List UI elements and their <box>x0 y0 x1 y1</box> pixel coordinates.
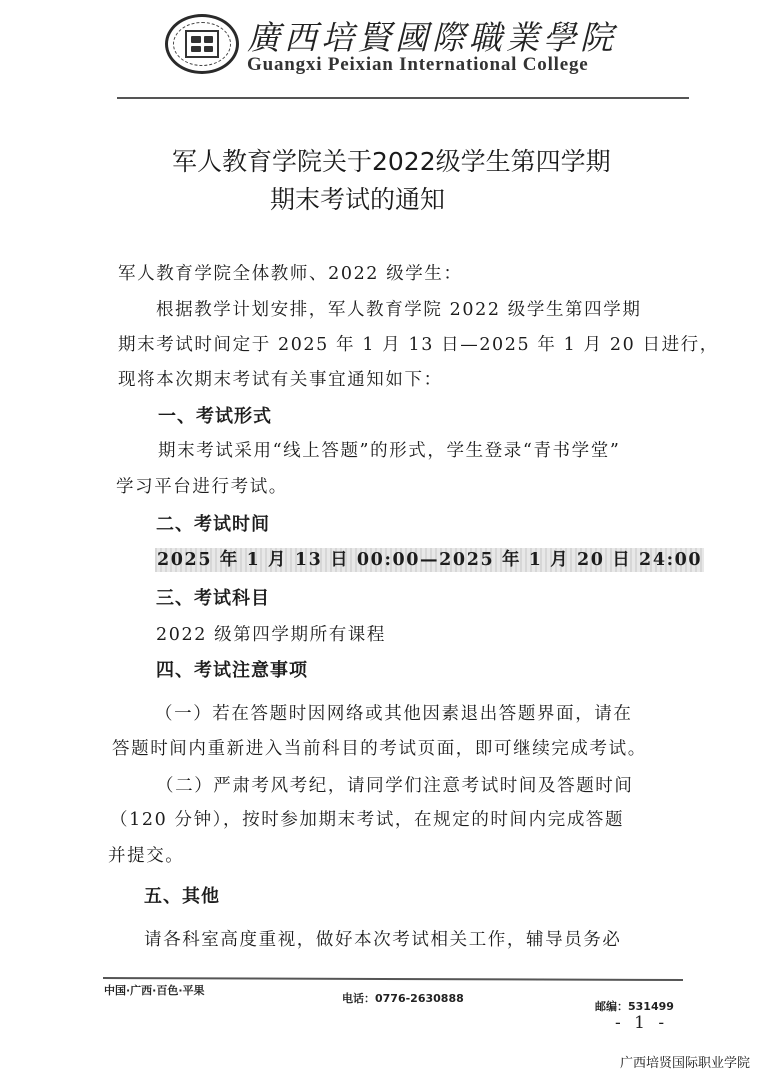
section-heading-exam-subjects: 三、考试科目 <box>156 584 270 610</box>
section-text: （二）严肃考风考纪，请同学们注意考试时间及答题时间 <box>156 772 634 797</box>
exam-time-highlight: 2025 年 1 月 13 日 00:00—2025 年 1 月 20 日 24… <box>155 546 704 571</box>
footer-postcode: 邮编：531499 <box>595 998 674 1014</box>
section-text: 并提交。 <box>108 842 184 867</box>
header-divider <box>117 97 689 99</box>
section-heading-exam-notes: 四、考试注意事项 <box>156 656 308 682</box>
footer-divider <box>103 977 683 981</box>
section-text: 期末考试采用“线上答题”的形式，学生登录“青书学堂” <box>158 437 620 462</box>
college-name-english: Guangxi Peixian International College <box>247 54 589 76</box>
page-number: - 1 - <box>615 1013 668 1033</box>
salutation: 军人教育学院全体教师、2022 级学生： <box>118 260 463 285</box>
source-watermark: 广西培贤国际职业学院 <box>620 1052 750 1071</box>
section-text: （120 分钟），按时参加期末考试，在规定的时间内完成答题 <box>110 806 624 831</box>
section-text: 学习平台进行考试。 <box>116 473 288 498</box>
section-heading-other: 五、其他 <box>144 882 220 908</box>
intro-line: 期末考试时间定于 2025 年 1 月 13 日—2025 年 1 月 20 日… <box>118 331 719 356</box>
section-heading-exam-time: 二、考试时间 <box>156 510 270 536</box>
section-text: 2022 级第四学期所有课程 <box>156 621 386 646</box>
footer-phone: 电话：0776-2630888 <box>342 990 464 1006</box>
section-text: （一）若在答题时因网络或其他因素退出答题界面，请在 <box>155 700 633 725</box>
section-heading-exam-format: 一、考试形式 <box>158 402 272 428</box>
college-name-chinese: 廣西培賢國際職業學院 <box>247 12 617 59</box>
intro-line: 现将本次期末考试有关事宜通知如下： <box>118 366 443 391</box>
letterhead: 廣西培賢國際職業學院 Guangxi Peixian International… <box>165 12 625 78</box>
section-text: 请各科室高度重视，做好本次考试相关工作，辅导员务必 <box>144 926 622 951</box>
notice-title-line1: 军人教育学院关于2022级学生第四学期 <box>172 142 611 178</box>
intro-line: 根据教学计划安排，军人教育学院 2022 级学生第四学期 <box>156 296 641 321</box>
notice-title-line2: 期末考试的通知 <box>270 180 445 216</box>
footer-address: 中国·广西·百色·平果 <box>104 982 205 998</box>
section-text: 答题时间内重新进入当前科目的考试页面，即可继续完成考试。 <box>112 735 647 760</box>
college-seal-icon <box>165 14 239 74</box>
